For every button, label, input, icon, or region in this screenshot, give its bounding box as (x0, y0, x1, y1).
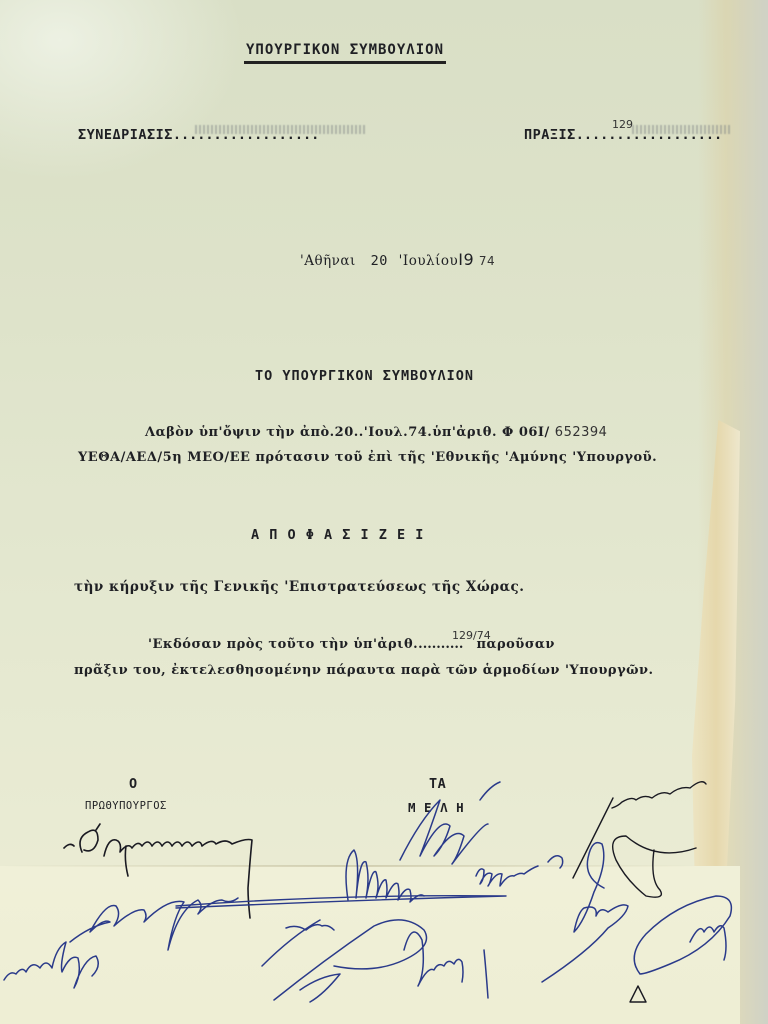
prime-minister-signature (64, 824, 252, 918)
member-signature-1 (346, 782, 500, 902)
member-signature-4 (262, 920, 488, 1002)
member-signature-5 (542, 843, 731, 982)
member-signature-3 (4, 898, 238, 988)
